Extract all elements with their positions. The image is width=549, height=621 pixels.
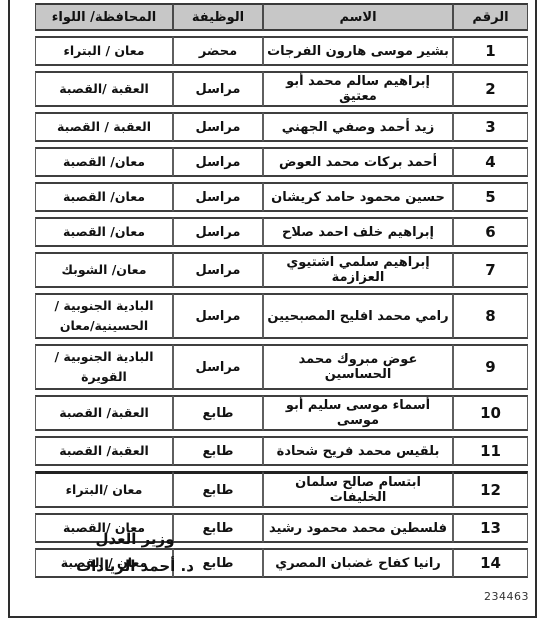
cell-number: 8 [453,293,528,339]
cell-governorate: العقبة /القصبة [35,71,173,107]
document-number: 234463 [484,590,529,603]
cell-number: 6 [453,217,528,247]
cell-governorate: معان/ الشوبك [35,252,173,288]
table-row: 12ابتسام صالح سلمان الخليفاتطابعمعان /ال… [35,471,528,508]
cell-job: مراسل [173,147,263,177]
table-row: 1بشير موسى هارون الفرجاتمحضرمعان / البتر… [35,36,528,66]
cell-name: إبراهيم خلف احمد صلاح [263,217,453,247]
cell-governorate: العقبة/ القصبة [35,436,173,466]
cell-number: 1 [453,36,528,66]
cell-job: طابع [173,471,263,508]
table-row: 10أسماء موسى سليم أبو موسىطابعالعقبة/ ال… [35,395,528,431]
cell-name: إبراهيم سلمي اشتيوي العزازمة [263,252,453,288]
table-row: 3زيد أحمد وصفي الجهنيمراسلالعقبة / القصب… [35,112,528,142]
cell-number: 2 [453,71,528,107]
signature-block: وزير العدل د. أحمد الزيادات [40,526,230,580]
cell-governorate: البادية الجنوبية / القويرة [35,344,173,390]
cell-governorate: معان / البتراء [35,36,173,66]
col-header-governorate: المحافظة/ اللواء [35,3,173,31]
cell-job: مراسل [173,217,263,247]
cell-job: طابع [173,436,263,466]
cell-job: مراسل [173,182,263,212]
cell-governorate: معان/ القصبة [35,147,173,177]
cell-number: 9 [453,344,528,390]
document-frame: الرقم الاسم الوظيفة المحافظة/ اللواء 1بش… [8,0,537,618]
cell-name: بشير موسى هارون الفرجات [263,36,453,66]
table-row: 11بلقيس محمد فريح شحادةطابعالعقبة/ القصب… [35,436,528,466]
cell-number: 5 [453,182,528,212]
staff-table: الرقم الاسم الوظيفة المحافظة/ اللواء 1بش… [35,0,528,583]
cell-job: مراسل [173,344,263,390]
cell-name: أحمد بركات محمد العوض [263,147,453,177]
document-page: الرقم الاسم الوظيفة المحافظة/ اللواء 1بش… [0,0,549,621]
cell-job: مراسل [173,112,263,142]
cell-number: 10 [453,395,528,431]
cell-job: محضر [173,36,263,66]
cell-name: زيد أحمد وصفي الجهني [263,112,453,142]
cell-governorate: معان /البتراء [35,471,173,508]
table-row: 7إبراهيم سلمي اشتيوي العزازمةمراسلمعان/ … [35,252,528,288]
table-row: 8رامي محمد افليح المصبحيينمراسلالبادية ا… [35,293,528,339]
col-header-job: الوظيفة [173,3,263,31]
signature-name: د. أحمد الزيادات [40,553,230,580]
cell-name: فلسطين محمد محمود رشيد [263,513,453,543]
table-row: 9عوض مبروك محمد الحساسينمراسلالبادية الج… [35,344,528,390]
cell-name: حسين محمود حامد كريشان [263,182,453,212]
cell-governorate: العقبة/ القصبة [35,395,173,431]
cell-name: رامي محمد افليح المصبحيين [263,293,453,339]
cell-number: 13 [453,513,528,543]
cell-governorate: معان/ القصبة [35,182,173,212]
signature-title: وزير العدل [40,526,230,553]
table-row: 2إبراهيم سالم محمد أبو معتيقمراسلالعقبة … [35,71,528,107]
cell-name: بلقيس محمد فريح شحادة [263,436,453,466]
cell-name: ابتسام صالح سلمان الخليفات [263,471,453,508]
table-header-row: الرقم الاسم الوظيفة المحافظة/ اللواء [35,3,528,31]
cell-name: رانيا كفاح غضبان المصري [263,548,453,578]
cell-name: عوض مبروك محمد الحساسين [263,344,453,390]
col-header-number: الرقم [453,3,528,31]
cell-job: مراسل [173,71,263,107]
cell-name: أسماء موسى سليم أبو موسى [263,395,453,431]
cell-job: مراسل [173,293,263,339]
cell-number: 12 [453,471,528,508]
cell-governorate: العقبة / القصبة [35,112,173,142]
cell-number: 3 [453,112,528,142]
cell-governorate: معان/ القصبة [35,217,173,247]
cell-name: إبراهيم سالم محمد أبو معتيق [263,71,453,107]
cell-job: طابع [173,395,263,431]
table-row: 6إبراهيم خلف احمد صلاحمراسلمعان/ القصبة [35,217,528,247]
cell-number: 14 [453,548,528,578]
table-row: 5حسين محمود حامد كريشانمراسلمعان/ القصبة [35,182,528,212]
cell-number: 7 [453,252,528,288]
cell-number: 4 [453,147,528,177]
cell-job: مراسل [173,252,263,288]
col-header-name: الاسم [263,3,453,31]
table-row: 4أحمد بركات محمد العوضمراسلمعان/ القصبة [35,147,528,177]
cell-number: 11 [453,436,528,466]
cell-governorate: البادية الجنوبية /الحسينية/معان [35,293,173,339]
